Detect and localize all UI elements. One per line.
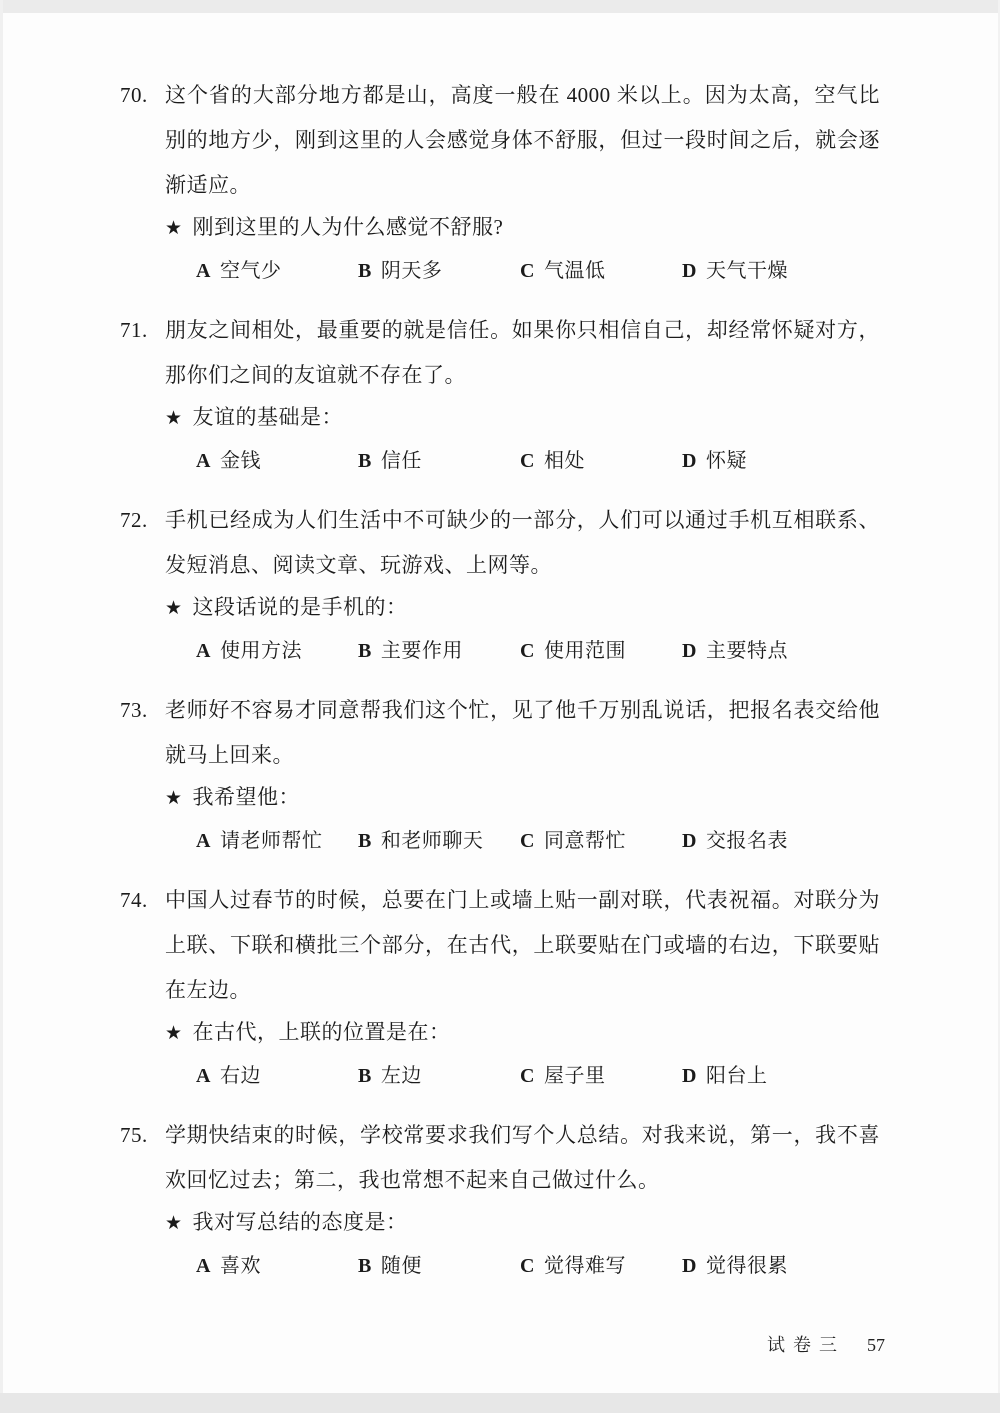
option-text: 右边 (220, 1065, 261, 1087)
star-icon: ★ (165, 1213, 183, 1234)
footer-section-label: 试卷三 (767, 1331, 845, 1357)
question-prompt: ★刚到这里的人为什么感觉不舒服? (120, 208, 880, 248)
options-row: A空气少 B阴天多 C气温低 D天气干燥 (196, 252, 880, 290)
question-number: 71. (120, 308, 148, 353)
option-letter: C (520, 830, 535, 852)
prompt-text: 刚到这里的人为什么感觉不舒服? (193, 215, 504, 239)
question-70: 70. 这个省的大部分地方都是山，高度一般在 4000 米以上。因为太高，空气比… (120, 73, 880, 290)
option-d: D觉得很累 (682, 1247, 788, 1285)
passage-text: 老师好不容易才同意帮我们这个忙，见了他千万别乱说话，把报名表交给他就马上回来。 (165, 698, 880, 767)
question-number: 74. (120, 878, 148, 923)
star-icon: ★ (165, 598, 183, 619)
option-letter: A (196, 260, 211, 282)
option-c: C相处 (520, 442, 682, 480)
option-b: B随便 (358, 1247, 520, 1285)
options-row: A喜欢 B随便 C觉得难写 D觉得很累 (196, 1247, 880, 1285)
prompt-text: 我对写总结的态度是： (193, 1210, 408, 1234)
option-a: A请老师帮忙 (196, 822, 358, 860)
option-text: 阴天多 (381, 260, 443, 282)
scan-edge-bottom (0, 1393, 1000, 1413)
option-a: A空气少 (196, 252, 358, 290)
option-text: 使用范围 (544, 640, 626, 662)
option-letter: D (682, 260, 697, 282)
question-prompt: ★友谊的基础是： (120, 398, 880, 438)
option-d: D交报名表 (682, 822, 788, 860)
option-d: D天气干燥 (682, 252, 788, 290)
footer-page-number: 57 (867, 1335, 885, 1356)
star-icon: ★ (165, 408, 183, 429)
option-letter: B (358, 1065, 372, 1087)
question-number: 73. (120, 688, 148, 733)
option-letter: D (682, 1255, 697, 1277)
question-passage: 73. 老师好不容易才同意帮我们这个忙，见了他千万别乱说话，把报名表交给他就马上… (120, 688, 880, 778)
option-text: 相处 (544, 450, 585, 472)
option-letter: C (520, 1255, 535, 1277)
option-text: 金钱 (220, 450, 261, 472)
option-letter: D (682, 1065, 697, 1087)
question-passage: 70. 这个省的大部分地方都是山，高度一般在 4000 米以上。因为太高，空气比… (120, 73, 880, 208)
option-letter: D (682, 830, 697, 852)
star-icon: ★ (165, 788, 183, 809)
option-letter: B (358, 640, 372, 662)
option-letter: A (196, 640, 211, 662)
question-prompt: ★在古代，上联的位置是在： (120, 1013, 880, 1053)
passage-text: 朋友之间相处，最重要的就是信任。如果你只相信自己，却经常怀疑对方，那你们之间的友… (165, 318, 880, 387)
option-b: B信任 (358, 442, 520, 480)
option-text: 信任 (381, 450, 422, 472)
option-text: 怀疑 (706, 450, 747, 472)
options-row: A请老师帮忙 B和老师聊天 C同意帮忙 D交报名表 (196, 822, 880, 860)
option-text: 喜欢 (220, 1255, 261, 1277)
option-a: A右边 (196, 1057, 358, 1095)
question-73: 73. 老师好不容易才同意帮我们这个忙，见了他千万别乱说话，把报名表交给他就马上… (120, 688, 880, 860)
option-letter: D (682, 640, 697, 662)
option-a: A金钱 (196, 442, 358, 480)
question-passage: 74. 中国人过春节的时候，总要在门上或墙上贴一副对联，代表祝福。对联分为上联、… (120, 878, 880, 1013)
scan-edge-left (0, 0, 3, 1413)
passage-text: 这个省的大部分地方都是山，高度一般在 4000 米以上。因为太高，空气比别的地方… (165, 83, 880, 197)
option-text: 左边 (381, 1065, 422, 1087)
option-text: 主要作用 (381, 640, 463, 662)
prompt-text: 在古代，上联的位置是在： (193, 1020, 451, 1044)
question-74: 74. 中国人过春节的时候，总要在门上或墙上贴一副对联，代表祝福。对联分为上联、… (120, 878, 880, 1095)
option-a: A喜欢 (196, 1247, 358, 1285)
passage-text: 手机已经成为人们生活中不可缺少的一部分，人们可以通过手机互相联系、发短消息、阅读… (165, 508, 880, 577)
option-b: B左边 (358, 1057, 520, 1095)
question-passage: 72. 手机已经成为人们生活中不可缺少的一部分，人们可以通过手机互相联系、发短消… (120, 498, 880, 588)
option-c: C觉得难写 (520, 1247, 682, 1285)
option-text: 使用方法 (220, 640, 302, 662)
option-text: 随便 (381, 1255, 422, 1277)
option-d: D主要特点 (682, 632, 788, 670)
option-text: 交报名表 (706, 830, 788, 852)
option-letter: D (682, 450, 697, 472)
option-letter: A (196, 830, 211, 852)
question-prompt: ★我希望他： (120, 778, 880, 818)
option-text: 阳台上 (706, 1065, 768, 1087)
question-prompt: ★这段话说的是手机的： (120, 588, 880, 628)
option-text: 觉得难写 (544, 1255, 626, 1277)
prompt-text: 我希望他： (193, 785, 301, 809)
option-letter: B (358, 260, 372, 282)
question-passage: 71. 朋友之间相处，最重要的就是信任。如果你只相信自己，却经常怀疑对方，那你们… (120, 308, 880, 398)
option-c: C屋子里 (520, 1057, 682, 1095)
option-c: C气温低 (520, 252, 682, 290)
question-number: 72. (120, 498, 148, 543)
question-75: 75. 学期快结束的时候，学校常要求我们写个人总结。对我来说，第一，我不喜欢回忆… (120, 1113, 880, 1285)
option-a: A使用方法 (196, 632, 358, 670)
question-number: 75. (120, 1113, 148, 1158)
option-c: C同意帮忙 (520, 822, 682, 860)
option-letter: B (358, 1255, 372, 1277)
question-number: 70. (120, 73, 148, 118)
question-71: 71. 朋友之间相处，最重要的就是信任。如果你只相信自己，却经常怀疑对方，那你们… (120, 308, 880, 480)
page-footer: 试卷三 57 (767, 1331, 885, 1357)
prompt-text: 友谊的基础是： (193, 405, 344, 429)
question-prompt: ★我对写总结的态度是： (120, 1203, 880, 1243)
option-letter: A (196, 450, 211, 472)
options-row: A右边 B左边 C屋子里 D阳台上 (196, 1057, 880, 1095)
passage-text: 中国人过春节的时候，总要在门上或墙上贴一副对联，代表祝福。对联分为上联、下联和横… (165, 888, 880, 1002)
option-d: D阳台上 (682, 1057, 767, 1095)
option-letter: B (358, 450, 372, 472)
options-row: A金钱 B信任 C相处 D怀疑 (196, 442, 880, 480)
option-letter: A (196, 1065, 211, 1087)
option-text: 天气干燥 (706, 260, 788, 282)
option-text: 觉得很累 (706, 1255, 788, 1277)
option-text: 和老师聊天 (381, 830, 484, 852)
option-text: 请老师帮忙 (220, 830, 323, 852)
option-letter: C (520, 260, 535, 282)
option-b: B主要作用 (358, 632, 520, 670)
option-d: D怀疑 (682, 442, 747, 480)
option-letter: A (196, 1255, 211, 1277)
option-text: 同意帮忙 (544, 830, 626, 852)
prompt-text: 这段话说的是手机的： (193, 595, 408, 619)
option-text: 空气少 (220, 260, 282, 282)
option-c: C使用范围 (520, 632, 682, 670)
option-text: 主要特点 (706, 640, 788, 662)
option-b: B和老师聊天 (358, 822, 520, 860)
option-letter: C (520, 1065, 535, 1087)
option-letter: C (520, 640, 535, 662)
question-72: 72. 手机已经成为人们生活中不可缺少的一部分，人们可以通过手机互相联系、发短消… (120, 498, 880, 670)
option-b: B阴天多 (358, 252, 520, 290)
passage-text: 学期快结束的时候，学校常要求我们写个人总结。对我来说，第一，我不喜欢回忆过去；第… (165, 1123, 880, 1192)
exam-page-content: 70. 这个省的大部分地方都是山，高度一般在 4000 米以上。因为太高，空气比… (120, 0, 880, 1303)
option-letter: B (358, 830, 372, 852)
option-letter: C (520, 450, 535, 472)
option-text: 屋子里 (544, 1065, 606, 1087)
question-passage: 75. 学期快结束的时候，学校常要求我们写个人总结。对我来说，第一，我不喜欢回忆… (120, 1113, 880, 1203)
option-text: 气温低 (544, 260, 606, 282)
star-icon: ★ (165, 1023, 183, 1044)
star-icon: ★ (165, 218, 183, 239)
options-row: A使用方法 B主要作用 C使用范围 D主要特点 (196, 632, 880, 670)
